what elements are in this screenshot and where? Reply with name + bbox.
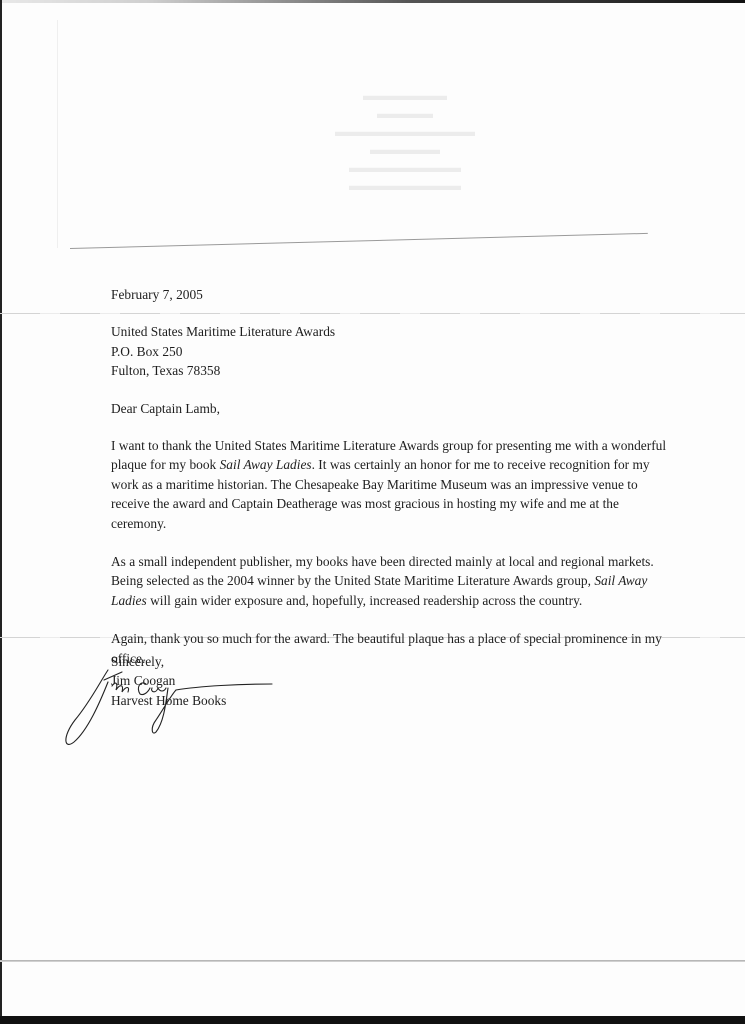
letter-date: February 7, 2005 bbox=[111, 285, 671, 304]
recipient-city-state-zip: Fulton, Texas 78358 bbox=[111, 361, 671, 380]
letter-body: February 7, 2005 United States Maritime … bbox=[111, 285, 671, 687]
scan-left-edge bbox=[0, 0, 2, 1024]
envelope-flap-line bbox=[70, 233, 648, 249]
recipient-address-line: P.O. Box 250 bbox=[111, 342, 671, 361]
envelope-edge-line bbox=[57, 20, 58, 248]
scan-bottom-edge bbox=[0, 1016, 745, 1024]
paragraph-text: As a small independent publisher, my boo… bbox=[111, 554, 654, 588]
paragraph-text: will gain wider exposure and, hopefully,… bbox=[147, 593, 583, 608]
salutation: Dear Captain Lamb, bbox=[111, 399, 671, 418]
paragraph: As a small independent publisher, my boo… bbox=[111, 552, 671, 610]
book-title: Sail Away Ladies bbox=[220, 457, 312, 472]
handwritten-signature bbox=[60, 662, 280, 752]
letterhead-show-through: ▬▬▬▬▬▬ ▬▬▬▬ ▬▬▬▬▬▬▬▬▬▬ ▬▬▬▬▬ ▬▬▬▬▬▬▬▬ ▬▬… bbox=[240, 88, 570, 196]
recipient-address: United States Maritime Literature Awards… bbox=[111, 322, 671, 380]
paragraph: I want to thank the United States Mariti… bbox=[111, 436, 671, 533]
page-bottom-edge bbox=[0, 960, 745, 962]
recipient-organization: United States Maritime Literature Awards bbox=[111, 322, 671, 341]
scan-top-edge bbox=[0, 0, 745, 3]
